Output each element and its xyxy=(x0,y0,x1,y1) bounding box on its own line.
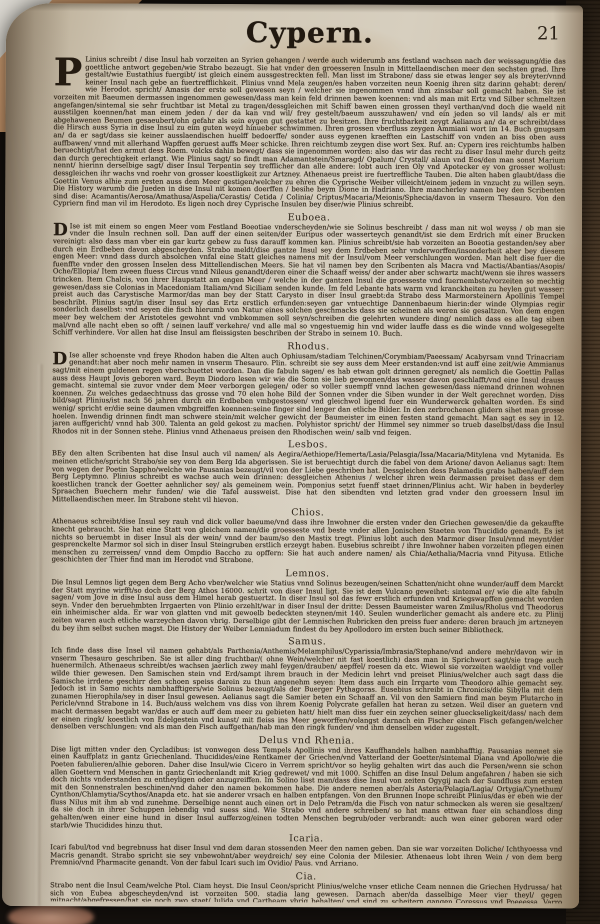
drop-cap-letter: D xyxy=(52,352,69,366)
paragraph-text: Athenaeus schreibt/dise Insul sey rauh v… xyxy=(52,518,564,565)
page-title: Cypern. xyxy=(54,15,566,50)
paragraph-text: Ise aller schoenste vnd freye Rhodon hab… xyxy=(52,351,564,436)
paragraph: Dise ligt mitten vnder den Cycladibus: i… xyxy=(50,746,562,832)
text-section: Delus vnd Rhenia. Dise ligt mitten vnder… xyxy=(50,734,562,832)
paragraph: Athenaeus schreibt/dise Insul sey rauh v… xyxy=(52,519,564,567)
page-content: Cypern. 21 PLinius schreibt / dise Insul… xyxy=(50,9,566,903)
text-section: Euboea. DIse ist mit einem so engen Meer… xyxy=(53,211,566,339)
paragraph: Ich finde dass dise Insel vil namen geha… xyxy=(51,647,563,733)
text-section: Lesbos. BEy den alten Scribenten hat dis… xyxy=(52,439,564,506)
paragraph-text: BEy den alten Scribenten hat dise Insul … xyxy=(52,450,564,504)
paragraph: DIse aller schoenste vnd freye Rhodon ha… xyxy=(52,352,564,438)
text-section: Icaria. Icari fabul/tod vnd begrebnuss h… xyxy=(50,832,562,869)
paragraph-text: Dise ligt mitten vnder den Cycladibus: i… xyxy=(50,745,562,829)
paragraph-text: Ise ist mit einem so engen Meer vom Fest… xyxy=(53,222,565,338)
paragraph: PLinius schreibt / dise Insul hab vorzei… xyxy=(53,56,566,210)
page-header: Cypern. 21 xyxy=(54,9,566,58)
paragraph-text: Ich finde dass dise Insel vil namen geha… xyxy=(51,646,563,732)
paragraph: Strabo nent die Insul Ceam/welche Ptol. … xyxy=(50,882,562,903)
drop-cap-letter: P xyxy=(54,56,86,87)
text-section: Chios. Athenaeus schreibt/dise Insul sey… xyxy=(52,507,564,567)
text-section: PLinius schreibt / dise Insul hab vorzei… xyxy=(53,56,566,210)
drop-cap-letter: D xyxy=(53,223,70,237)
text-section: Samus. Ich finde dass dise Insel vil nam… xyxy=(51,635,563,733)
paragraph-text: Strabo nent die Insul Ceam/welche Ptol. … xyxy=(50,881,562,903)
text-section: Lemnos. Die Insul Lemnos ligt gegen dem … xyxy=(51,567,563,634)
gutter-crease xyxy=(36,364,42,906)
text-section: Rhodus. DIse aller schoenste vnd freye R… xyxy=(52,340,564,438)
paragraph-text: Die Insul Lemnos ligt gegen dem Berg Ach… xyxy=(51,578,563,634)
paragraph: DIse ist mit einem so engen Meer vom Fes… xyxy=(53,223,565,339)
text-section: Cia. Strabo nent die Insul Ceam/welche P… xyxy=(50,870,562,903)
paragraph-text: Linius schreibt / dise Insul hab vorzeit… xyxy=(53,55,566,209)
paragraph: Die Insul Lemnos ligt gegen dem Berg Ach… xyxy=(51,579,563,634)
hand-skin-patch xyxy=(8,904,94,924)
text-flow: PLinius schreibt / dise Insul hab vorzei… xyxy=(50,56,566,903)
paragraph: BEy den alten Scribenten hat dise Insul … xyxy=(52,451,564,506)
paragraph-text: Icari fabul/tod vnd begrebnuss hat diser… xyxy=(50,843,562,868)
page-number: 21 xyxy=(537,23,560,44)
book-page: Cypern. 21 PLinius schreibt / dise Insul… xyxy=(2,3,583,909)
paragraph: Icari fabul/tod vnd begrebnuss hat diser… xyxy=(50,844,562,869)
